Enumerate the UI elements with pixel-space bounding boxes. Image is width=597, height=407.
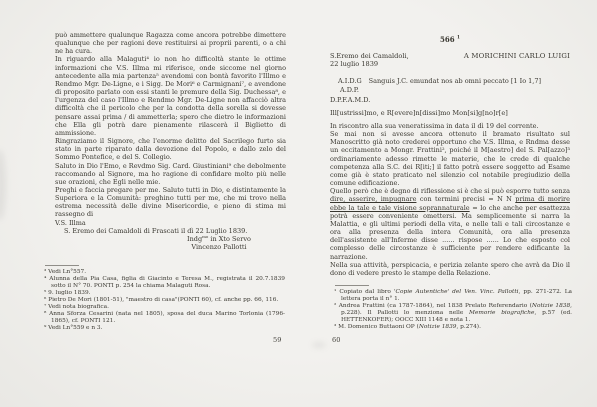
footnote: ² Andrea Frattini (ca 1787-1864), nel 18… xyxy=(334,303,572,324)
place-line: S.Eremo dei Camaldoli, xyxy=(330,52,409,60)
paragraph: Saluto in Dio l'Emo, e Revdmo Sig. Card.… xyxy=(55,162,286,186)
addressee: A MORICHINI CARLO LUIGI xyxy=(464,52,570,60)
footnote: ⁸ Anna Sforza Cesarini (nata nel 1805), … xyxy=(44,311,285,325)
paragraph: V.S. Illma xyxy=(55,219,286,227)
paragraph: Ringraziamo il Signore, che l'enorme del… xyxy=(55,137,286,161)
left-footnote-list: ³ Vedi Ln°557.⁴ Alunna della Pia Casa, f… xyxy=(44,269,285,332)
left-page-body: può ammettere qualunque Ragazza come anc… xyxy=(55,31,286,251)
place-date-addressee: S.Eremo dei Camaldoli, A MORICHINI CARLO… xyxy=(330,52,570,68)
footnote: ⁹ Vedi Ln°559 e n 3. xyxy=(44,325,285,332)
signoff-formula: Indgmo in Xto Servo xyxy=(153,235,285,243)
paragraph: Nella sua attività, perspicacia, e periz… xyxy=(330,261,570,277)
left-page-footnotes: ³ Vedi Ln°557.⁴ Alunna della Pia Casa, f… xyxy=(44,265,285,332)
paragraph: può ammettere qualunque Ragazza come anc… xyxy=(55,31,286,55)
paragraph: In riguardo alla Malaguti⁴ io non ho dif… xyxy=(55,55,286,137)
footnote: ³ M. Domenico Buttaoni OP (Notizie 1839,… xyxy=(334,324,572,331)
right-page-paragraphs: In riscontro alla sua veneratissima in d… xyxy=(330,122,570,277)
paragraph: Quello però che è degno di riflessione s… xyxy=(330,187,570,260)
invocation-monogram-3: D.P.F.A.M.D. xyxy=(330,96,570,105)
footnote-separator-rule xyxy=(335,285,369,286)
signature-name: Vincenzo Pallotti xyxy=(153,243,285,251)
paragraph: Se mai non si avesse ancora ottenuto il … xyxy=(330,130,570,187)
left-page-paragraphs: può ammettere qualunque Ragazza come anc… xyxy=(55,31,286,227)
left-page-number: 59 xyxy=(273,336,281,344)
footnote: ¹ Copiato dal libro 'Copie Autentiche' d… xyxy=(334,289,572,303)
scan-smudge xyxy=(312,342,326,348)
footnote-separator-rule xyxy=(45,265,79,266)
signature-block: Indgmo in Xto Servo Vincenzo Pallotti xyxy=(153,235,285,251)
footnote: ³ Vedi Ln°557. xyxy=(44,269,285,276)
right-page-body: In riscontro alla sua veneratissima in d… xyxy=(330,122,570,277)
footnote: ⁴ Alunna della Pia Casa, figlia di Giaci… xyxy=(44,276,285,290)
letter-number-heading: 566 1 xyxy=(330,35,570,44)
invocation-monogram-1: A.I.D.G xyxy=(338,77,362,85)
paragraph: In riscontro alla sua veneratissima in d… xyxy=(330,122,570,130)
invocation-block: A.I.D.GSanguis J.C. emundat nos ab omni … xyxy=(330,77,570,105)
salutation: Ill[ustrissi]mo, e R[evere]n[dissi]mo Mo… xyxy=(330,109,570,117)
right-page-footnotes: ¹ Copiato dal libro 'Copie Autentiche' d… xyxy=(334,285,572,331)
right-page-number: 60 xyxy=(332,336,340,344)
invocation-verse: Sanguis J.C. emundat nos ab omni peccato… xyxy=(369,77,541,85)
invocation-monogram-2: A.D.P. xyxy=(340,86,570,95)
date-line: 22 luglio 1839 xyxy=(330,60,570,68)
paragraph: Preghi e faccia pregare per me. Saluto t… xyxy=(55,186,286,219)
dateline: S. Eremo dei Camaldoli di Frascati il dì… xyxy=(55,227,286,235)
right-footnote-list: ¹ Copiato dal libro 'Copie Autentiche' d… xyxy=(334,289,572,331)
scan-smudge xyxy=(0,150,6,220)
book-scan-spread: può ammettere qualunque Ragazza come anc… xyxy=(0,0,597,407)
